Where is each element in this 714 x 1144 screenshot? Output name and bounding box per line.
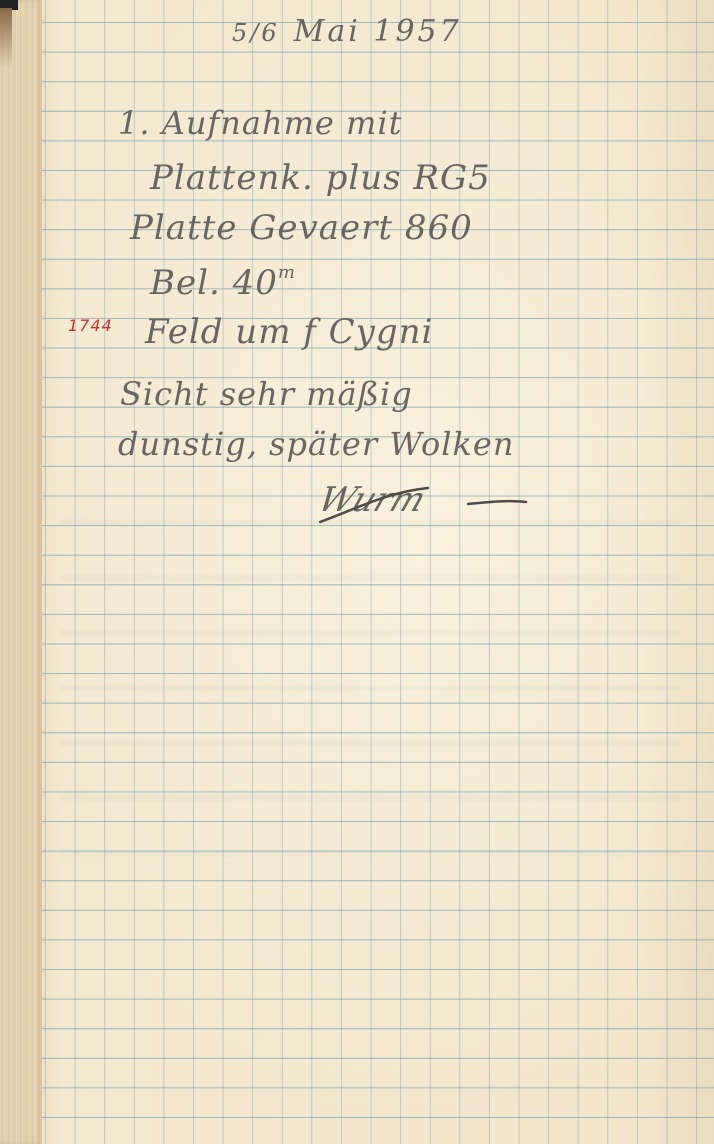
stacked-page-edges bbox=[0, 0, 42, 1144]
date-fraction: 5/6 bbox=[232, 19, 280, 47]
note-line-1: 1. Aufnahme mit bbox=[118, 104, 402, 142]
binding-shadow bbox=[0, 8, 12, 68]
note-line-7: dunstig, später Wolken bbox=[118, 425, 514, 463]
exposure-unit: m bbox=[278, 262, 296, 283]
note-line-4: Bel. 40m bbox=[150, 262, 296, 303]
notebook-page: 5/6Mai 1957 1. Aufnahme mit Plattenk. pl… bbox=[0, 0, 714, 1144]
show-through-from-reverse-page bbox=[60, 520, 680, 880]
note-line-3: Platte Gevaert 860 bbox=[130, 208, 473, 248]
exposure-text: Bel. 40 bbox=[150, 263, 278, 303]
entry-date: 5/6Mai 1957 bbox=[232, 14, 462, 49]
note-line-5: Feld um f Cygni bbox=[145, 312, 433, 352]
margin-number: 1744 bbox=[68, 316, 113, 335]
note-line-2: Plattenk. plus RG5 bbox=[150, 158, 491, 198]
signature-stroke bbox=[318, 480, 528, 530]
note-line-6: Sicht sehr mäßig bbox=[120, 375, 413, 413]
date-text: Mai 1957 bbox=[294, 14, 462, 49]
